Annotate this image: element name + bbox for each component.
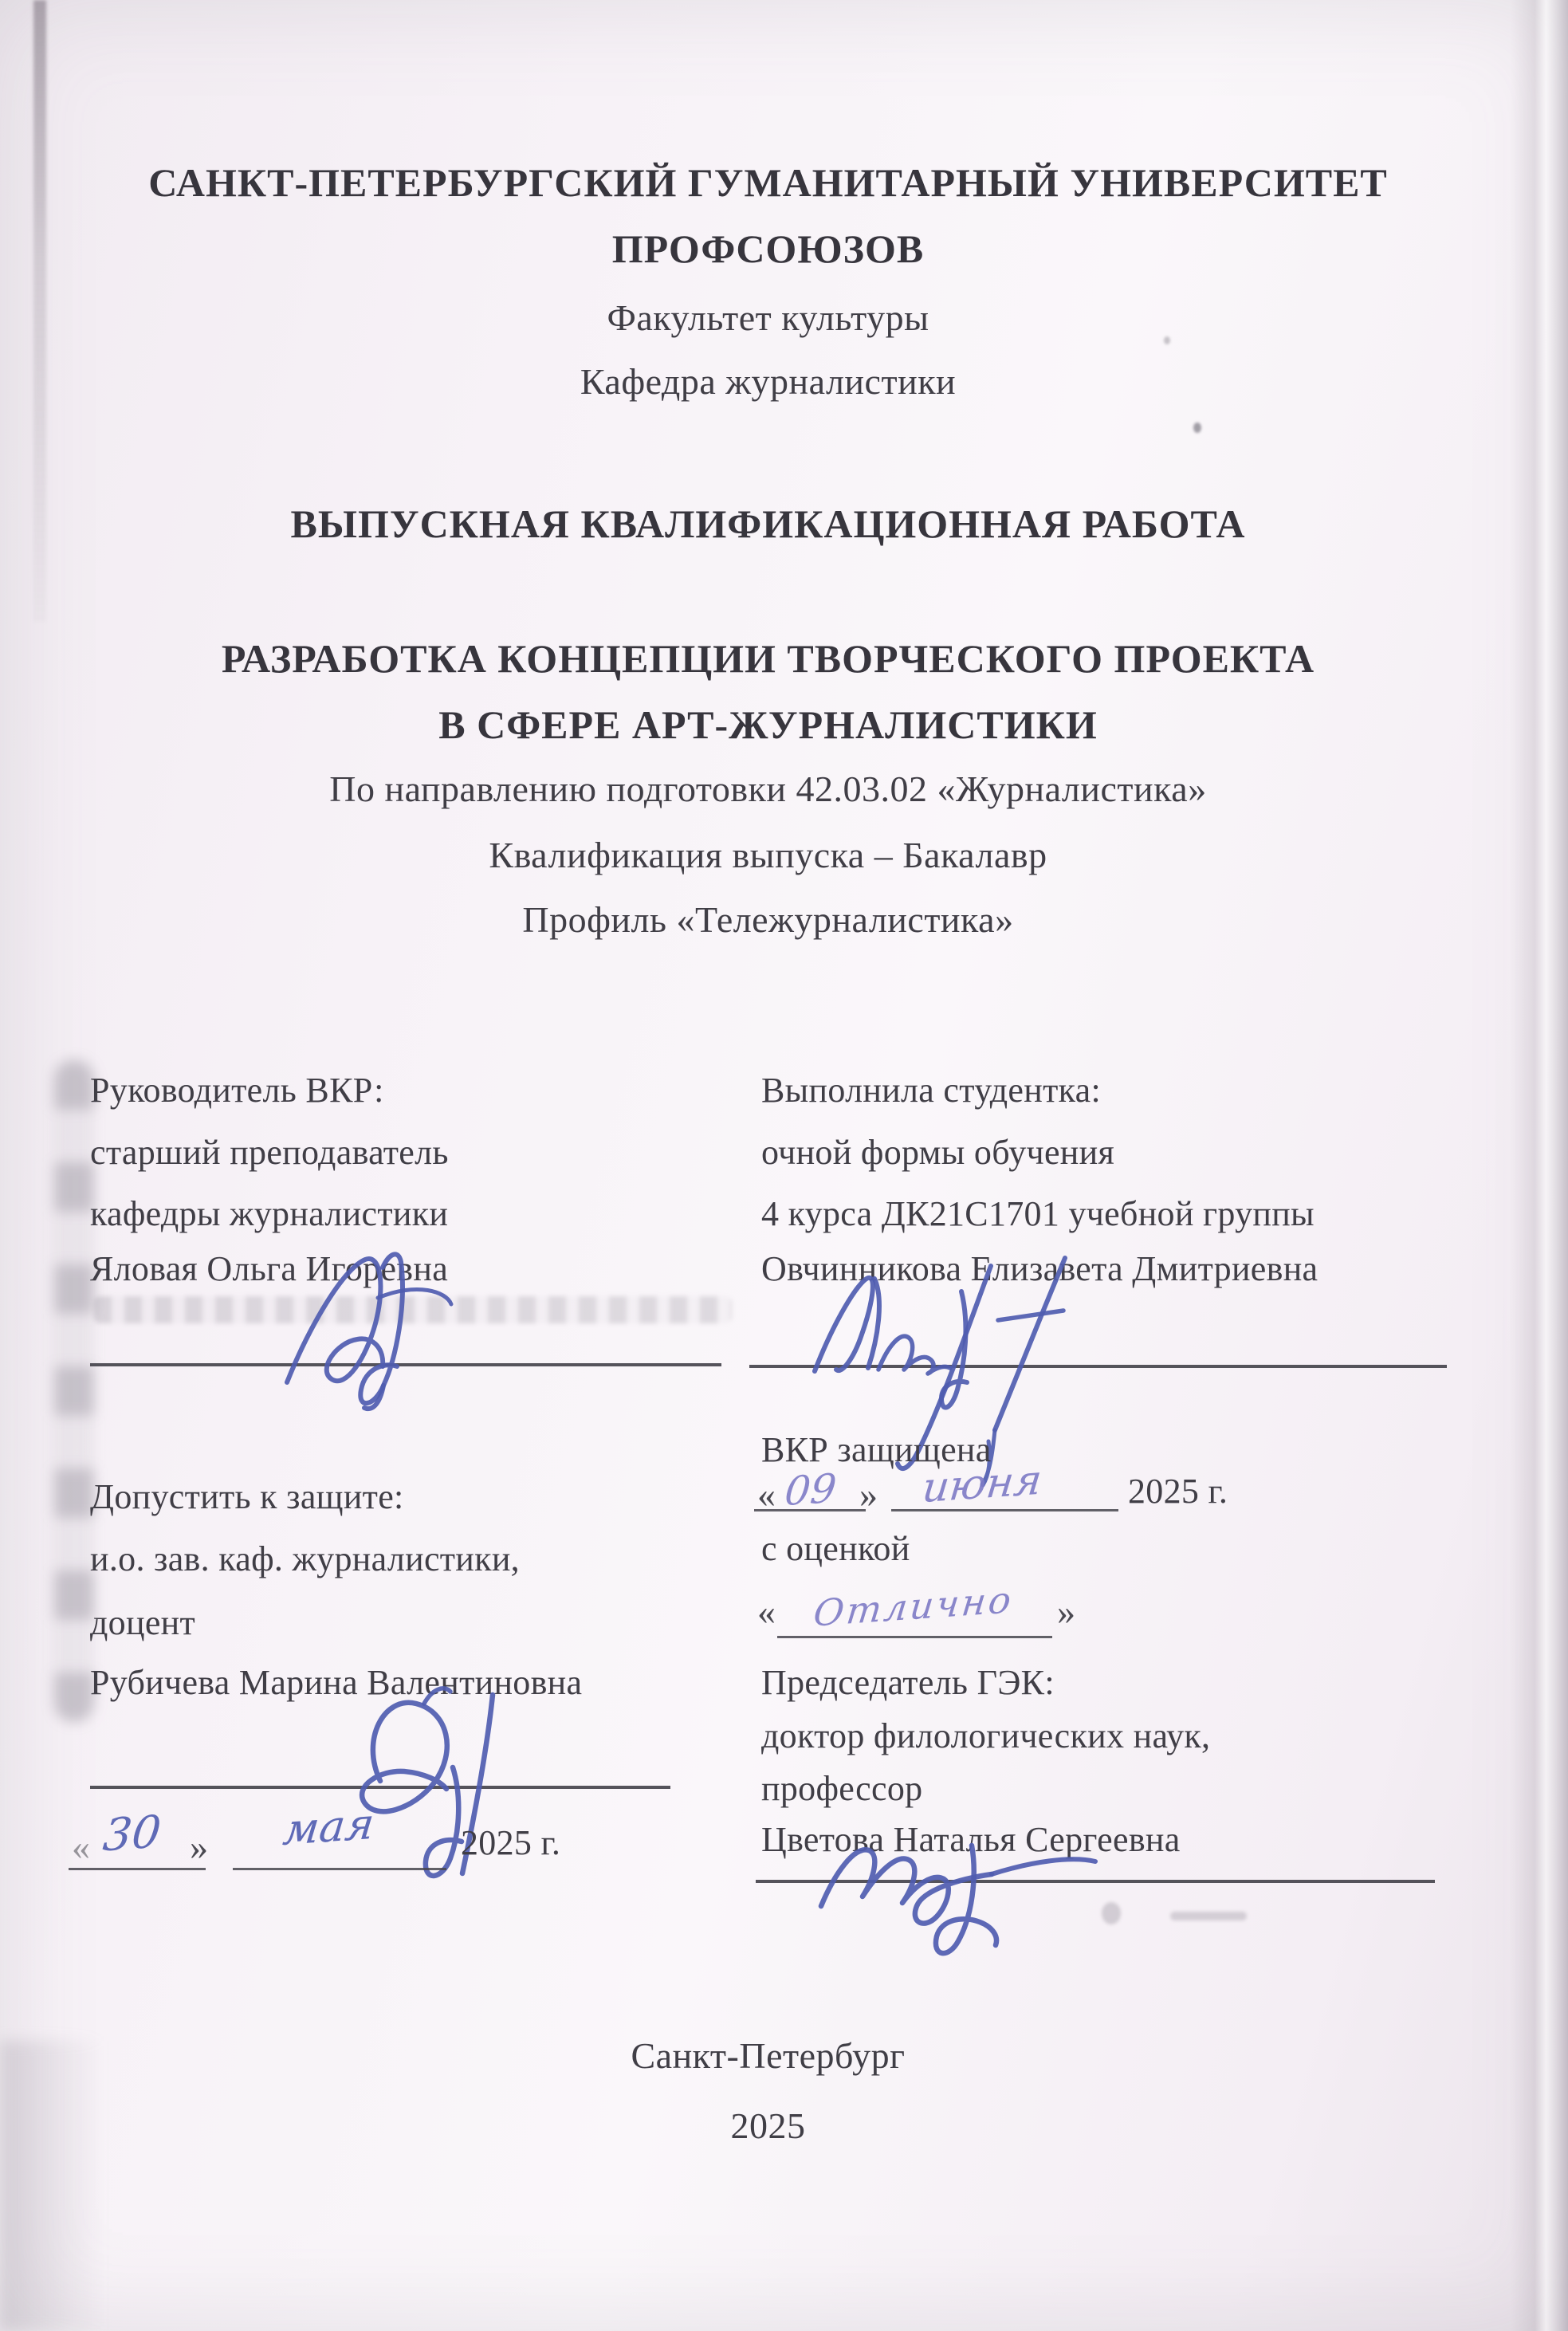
admission-month-underline [233, 1868, 446, 1870]
university-name-line2: ПРОФСОЮЗОВ [0, 226, 1536, 273]
chairman-rank: профессор [761, 1768, 922, 1810]
grade-label: с оценкой [761, 1528, 910, 1570]
university-name-line1: САНКТ-ПЕТЕРБУРГСКИЙ ГУМАНИТАРНЫЙ УНИВЕРС… [0, 159, 1536, 206]
qualification-line: Квалификация выпуска – Бакалавр [0, 834, 1536, 877]
thesis-title-line2: В СФЕРЕ АРТ-ЖУРНАЛИСТИКИ [0, 702, 1536, 749]
thesis-title-line1: РАЗРАБОТКА КОНЦЕПЦИИ ТВОРЧЕСКОГО ПРОЕКТА [0, 635, 1536, 682]
admission-day-close-quote: » [190, 1826, 208, 1868]
scan-speck [1170, 1912, 1247, 1920]
defense-year: 2025 г. [1128, 1471, 1228, 1512]
chairman-label: Председатель ГЭК: [761, 1662, 1055, 1704]
student-label: Выполнила студентка: [761, 1070, 1101, 1111]
department-name: Кафедра журналистики [0, 360, 1536, 403]
scan-left-smudge [54, 1060, 94, 1722]
supervisor-signature [263, 1237, 494, 1425]
grade-close-quote: » [1057, 1590, 1075, 1633]
admission-position-2: доцент [90, 1602, 195, 1644]
student-group: 4 курса ДК21С1701 учебной группы [761, 1193, 1315, 1235]
admission-position-1: и.о. зав. каф. журналистики, [90, 1539, 520, 1580]
scan-speck [1193, 423, 1201, 433]
profile-line: Профиль «Тележурналистика» [0, 898, 1536, 941]
admission-year: 2025 г. [461, 1822, 560, 1864]
admission-month-handwritten: мая [281, 1798, 377, 1855]
admission-day-open-quote: « [72, 1826, 90, 1868]
supervisor-label: Руководитель ВКР: [90, 1070, 384, 1111]
scan-corner-shadow [0, 2041, 104, 2331]
work-type: ВЫПУСКНАЯ КВАЛИФИКАЦИОННАЯ РАБОТА [0, 501, 1536, 548]
grade-underline [777, 1636, 1052, 1638]
admission-day-underline [69, 1868, 206, 1870]
defense-day-handwritten: 09 [783, 1465, 839, 1515]
chairman-degree: доктор филологических наук, [761, 1716, 1210, 1757]
grade-handwritten: Отлично [812, 1578, 1016, 1634]
admission-label: Допустить к защите: [90, 1476, 404, 1518]
defense-month-handwritten: июня [920, 1456, 1044, 1512]
grade-open-quote: « [757, 1590, 776, 1633]
supervisor-position-2: кафедры журналистики [90, 1193, 448, 1235]
chairman-signature [807, 1830, 1157, 1969]
footer-city: Санкт-Петербург [0, 2034, 1536, 2077]
supervisor-position-1: старший преподаватель [90, 1132, 449, 1173]
footer-year: 2025 [0, 2105, 1536, 2148]
student-study-form: очной формы обучения [761, 1132, 1114, 1173]
thesis-title-page: САНКТ-ПЕТЕРБУРГСКИЙ ГУМАНИТАРНЫЙ УНИВЕРС… [0, 0, 1568, 2331]
defense-day-underline [754, 1509, 866, 1511]
admission-day-handwritten: 30 [100, 1806, 163, 1862]
program-line: По направлению подготовки 42.03.02 «Журн… [0, 768, 1536, 811]
faculty-name: Факультет культуры [0, 297, 1536, 340]
scan-right-edge-shadow [1511, 0, 1568, 2331]
